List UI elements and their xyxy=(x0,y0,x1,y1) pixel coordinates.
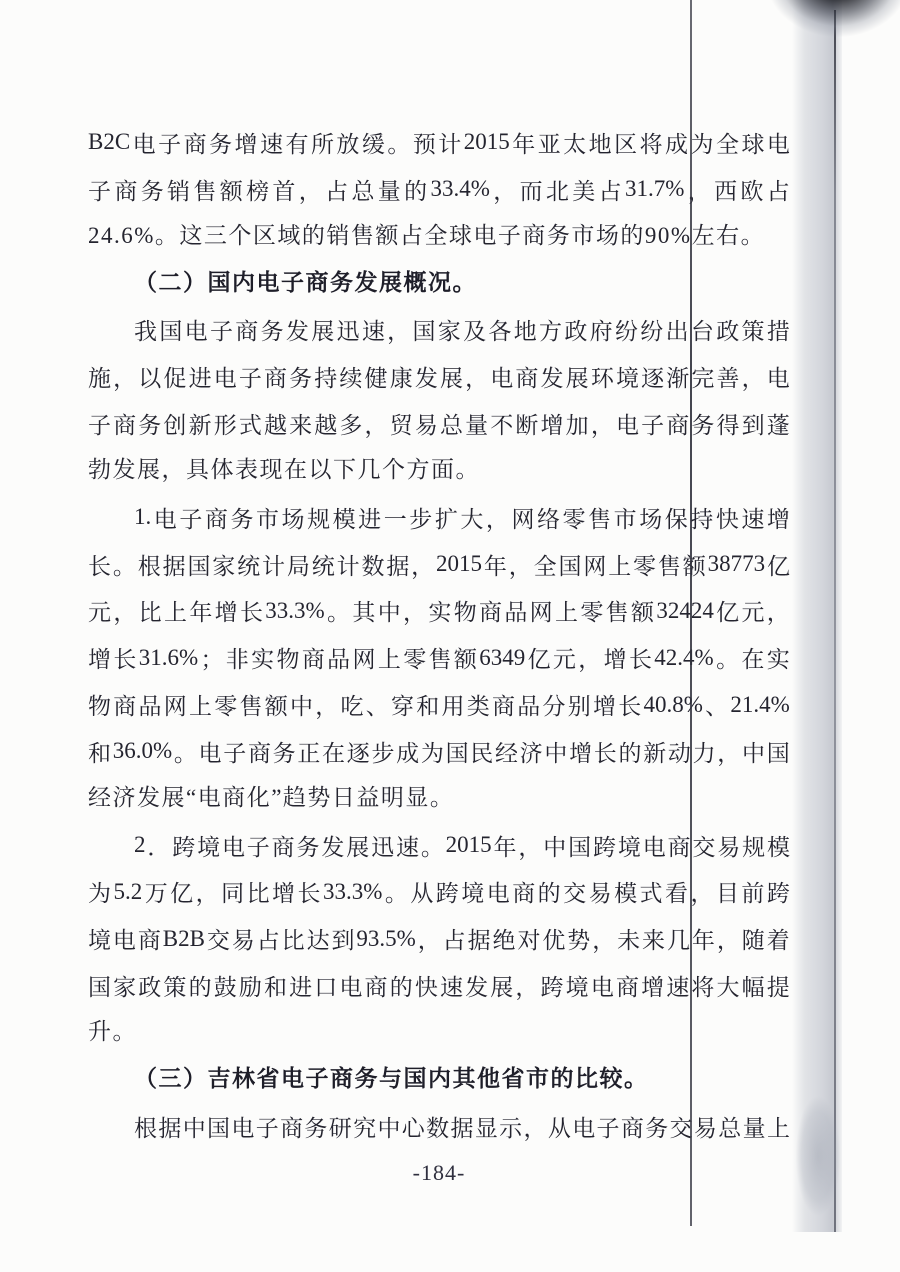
text-line: 国家政策的鼓励和进口电商的快速发展，跨境电商增速将大幅提 xyxy=(88,962,790,1009)
text-line: 境电商B2B交易占比达到93.5%，占据绝对优势，未来几年，随着 xyxy=(88,915,790,962)
text-line: B2C电子商务增速有所放缓。预计2015年亚太地区将成为全球电 xyxy=(88,119,790,166)
text-line: 根据中国电子商务研究中心数据显示，从电子商务交易总量上 xyxy=(88,1103,790,1150)
text-line: 2．跨境电子商务发展迅速。2015年，中国跨境电商交易规模 xyxy=(88,822,790,869)
text-line: 增长31.6%；非实物商品网上零售额6349亿元，增长42.4%。在实 xyxy=(88,634,790,681)
page-number: -184- xyxy=(88,1150,790,1196)
scan-shadow-bulge xyxy=(786,1080,850,1232)
page-fold-line xyxy=(690,0,692,1226)
text-line: 1.电子商务市场规模进一步扩大，网络零售市场保持快速增 xyxy=(88,494,790,541)
text-line: 和36.0%。电子商务正在逐步成为国民经济中增长的新动力，中国 xyxy=(88,728,790,775)
text-line: 长。根据国家统计局统计数据，2015年，全国网上零售额38773亿 xyxy=(88,541,790,588)
text-line: 为5.2万亿，同比增长33.3%。从跨境电商的交易模式看，目前跨 xyxy=(88,869,790,916)
text-line: 物商品网上零售额中，吃、穿和用类商品分别增长40.8%、21.4% xyxy=(88,681,790,728)
text-line: 施，以促进电子商务持续健康发展，电商发展环境逐渐完善，电 xyxy=(88,353,790,400)
scan-shadow-corner xyxy=(768,0,900,160)
text-line: 升。 xyxy=(88,1009,790,1056)
text-line: 子商务销售额榜首，占总量的33.4%，而北美占31.7%，西欧占 xyxy=(88,166,790,213)
text-line: 元，比上年增长33.3%。其中，实物商品网上零售额32424亿元， xyxy=(88,587,790,634)
text-line: 24.6%。这三个区域的销售额占全球电子商务市场的90%左右。 xyxy=(88,213,790,260)
text-line: 经济发展“电商化”趋势日益明显。 xyxy=(88,775,790,822)
text-line: 子商务创新形式越来越多，贸易总量不断增加，电子商务得到蓬 xyxy=(88,400,790,447)
text-line: （三）吉林省电子商务与国内其他省市的比较。 xyxy=(88,1056,790,1103)
scan-shadow-line xyxy=(834,10,836,1232)
text-block: B2C电子商务增速有所放缓。预计2015年亚太地区将成为全球电子商务销售额榜首，… xyxy=(88,119,790,1150)
text-line: （二）国内电子商务发展概况。 xyxy=(88,260,790,307)
text-line: 我国电子商务发展迅速，国家及各地方政府纷纷出台政策措 xyxy=(88,306,790,353)
text-line: 勃发展，具体表现在以下几个方面。 xyxy=(88,447,790,494)
scanned-document-page: B2C电子商务增速有所放缓。预计2015年亚太地区将成为全球电子商务销售额榜首，… xyxy=(0,0,900,1272)
